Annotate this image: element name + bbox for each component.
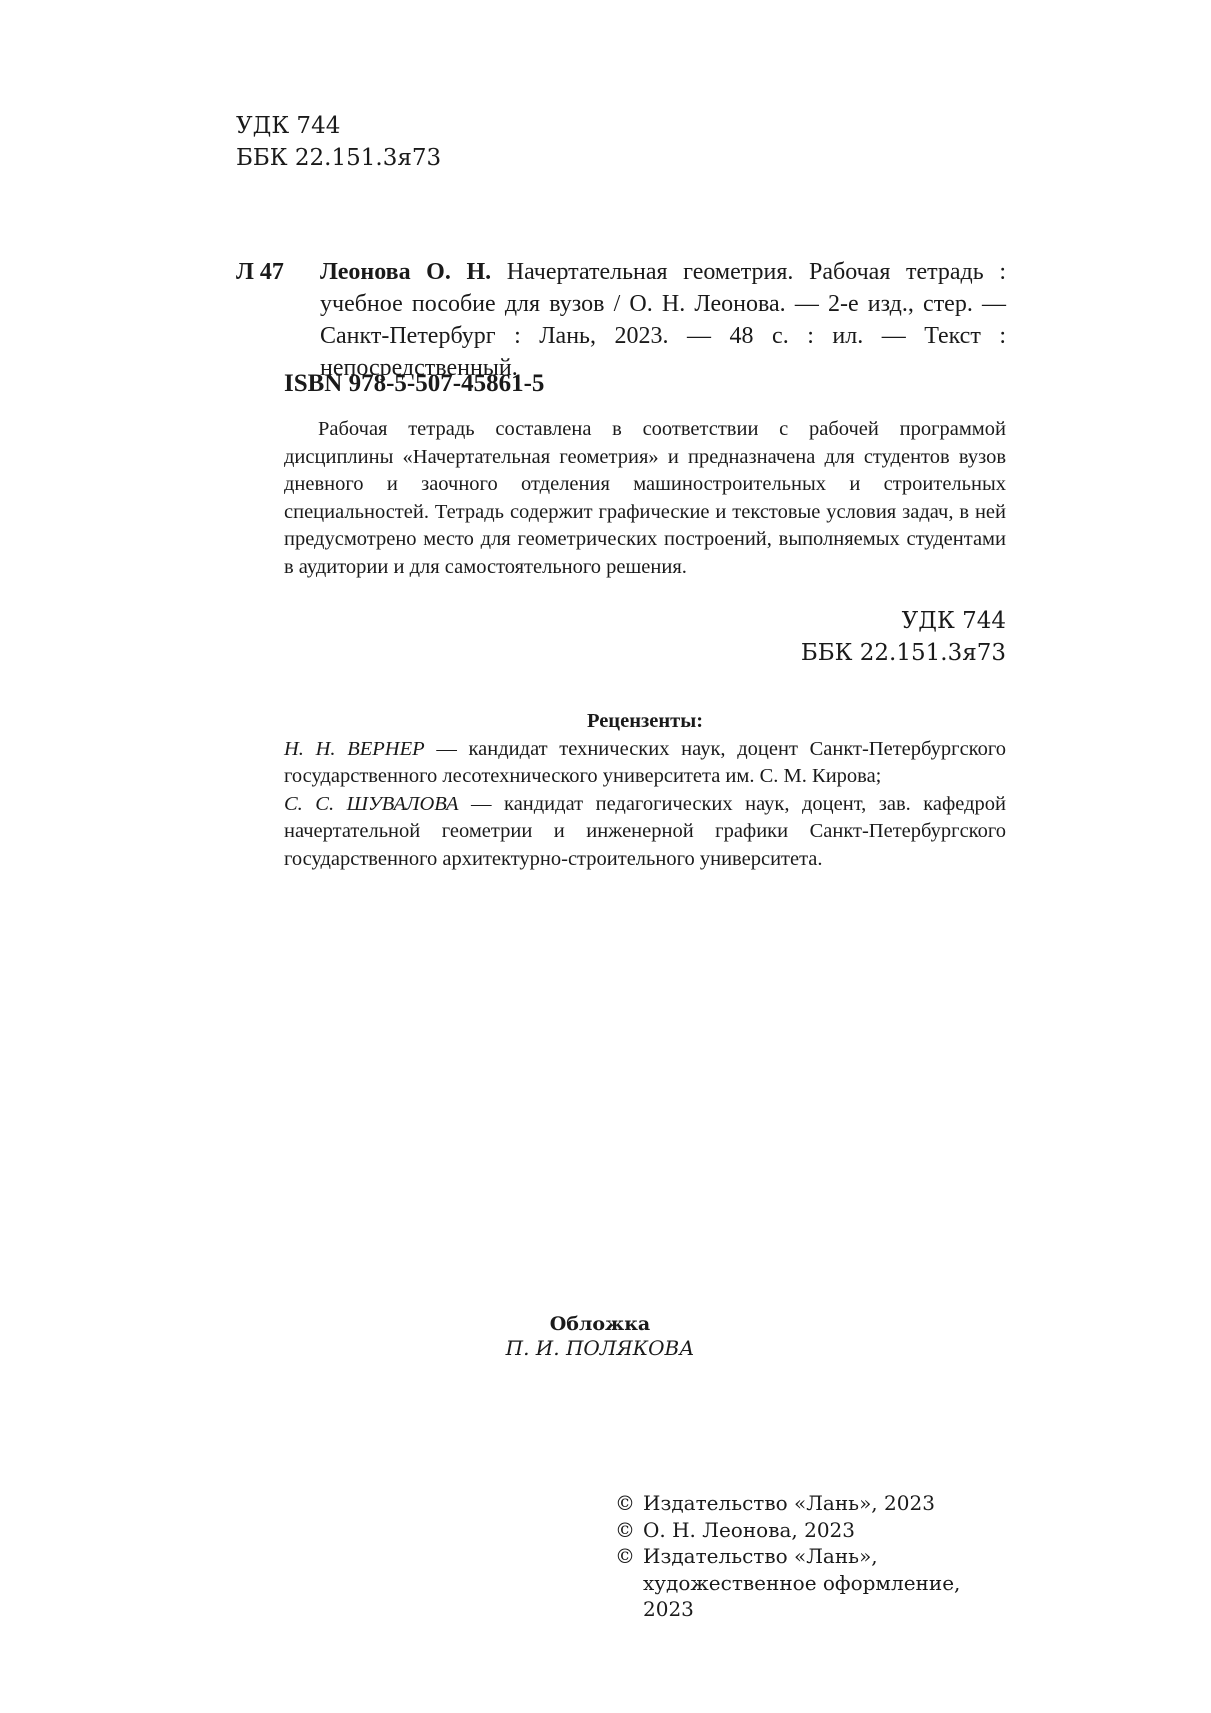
- copyright-line: ©Издательство «Лань», 2023: [615, 1490, 1015, 1517]
- isbn: ISBN 978-5-507-45861-5: [284, 370, 544, 398]
- classification-top: УДК 744 ББК 22.151.3я73: [236, 110, 441, 174]
- copyright-line: ©О. Н. Леонова, 2023: [615, 1517, 1015, 1544]
- reviewer-name: С. С. ШУВАЛОВА: [284, 793, 459, 815]
- copyright-block: ©Издательство «Лань», 2023 ©О. Н. Леонов…: [615, 1490, 1015, 1623]
- copyright-icon: ©: [615, 1517, 635, 1544]
- abstract-text: Рабочая тетрадь составлена в соответстви…: [284, 416, 1006, 581]
- bbk-code: ББК 22.151.3я73: [236, 142, 441, 174]
- reviewer-item: Н. Н. ВЕРНЕР — кандидат технических наук…: [284, 736, 1006, 791]
- author-name: Леонова О. Н.: [320, 259, 491, 285]
- cover-credit: Обложка П. И. ПОЛЯКОВА: [400, 1312, 800, 1360]
- udk-code-right: УДК 744: [700, 605, 1006, 637]
- cover-heading: Обложка: [400, 1312, 800, 1336]
- abstract: Рабочая тетрадь составлена в соответстви…: [284, 416, 1006, 581]
- udk-code: УДК 744: [236, 110, 441, 142]
- reviewers-heading: Рецензенты:: [284, 708, 1006, 736]
- cover-artist: П. И. ПОЛЯКОВА: [400, 1336, 800, 1360]
- reviewers-section: Рецензенты: Н. Н. ВЕРНЕР — кандидат техн…: [284, 708, 1006, 873]
- reviewer-name: Н. Н. ВЕРНЕР: [284, 738, 425, 760]
- bibliographic-entry: Леонова О. Н. Начертательная геометрия. …: [320, 256, 1006, 384]
- classification-right: УДК 744 ББК 22.151.3я73: [700, 605, 1006, 669]
- catalog-code: Л 47: [236, 256, 296, 288]
- reviewer-item: С. С. ШУВАЛОВА — кандидат педагогических…: [284, 791, 1006, 874]
- copyright-icon: ©: [615, 1543, 635, 1570]
- bbk-code-right: ББК 22.151.3я73: [700, 637, 1006, 669]
- copyright-continuation: художественное оформление, 2023: [615, 1570, 1015, 1623]
- copyright-icon: ©: [615, 1490, 635, 1517]
- copyright-line: ©Издательство «Лань»,: [615, 1543, 1015, 1570]
